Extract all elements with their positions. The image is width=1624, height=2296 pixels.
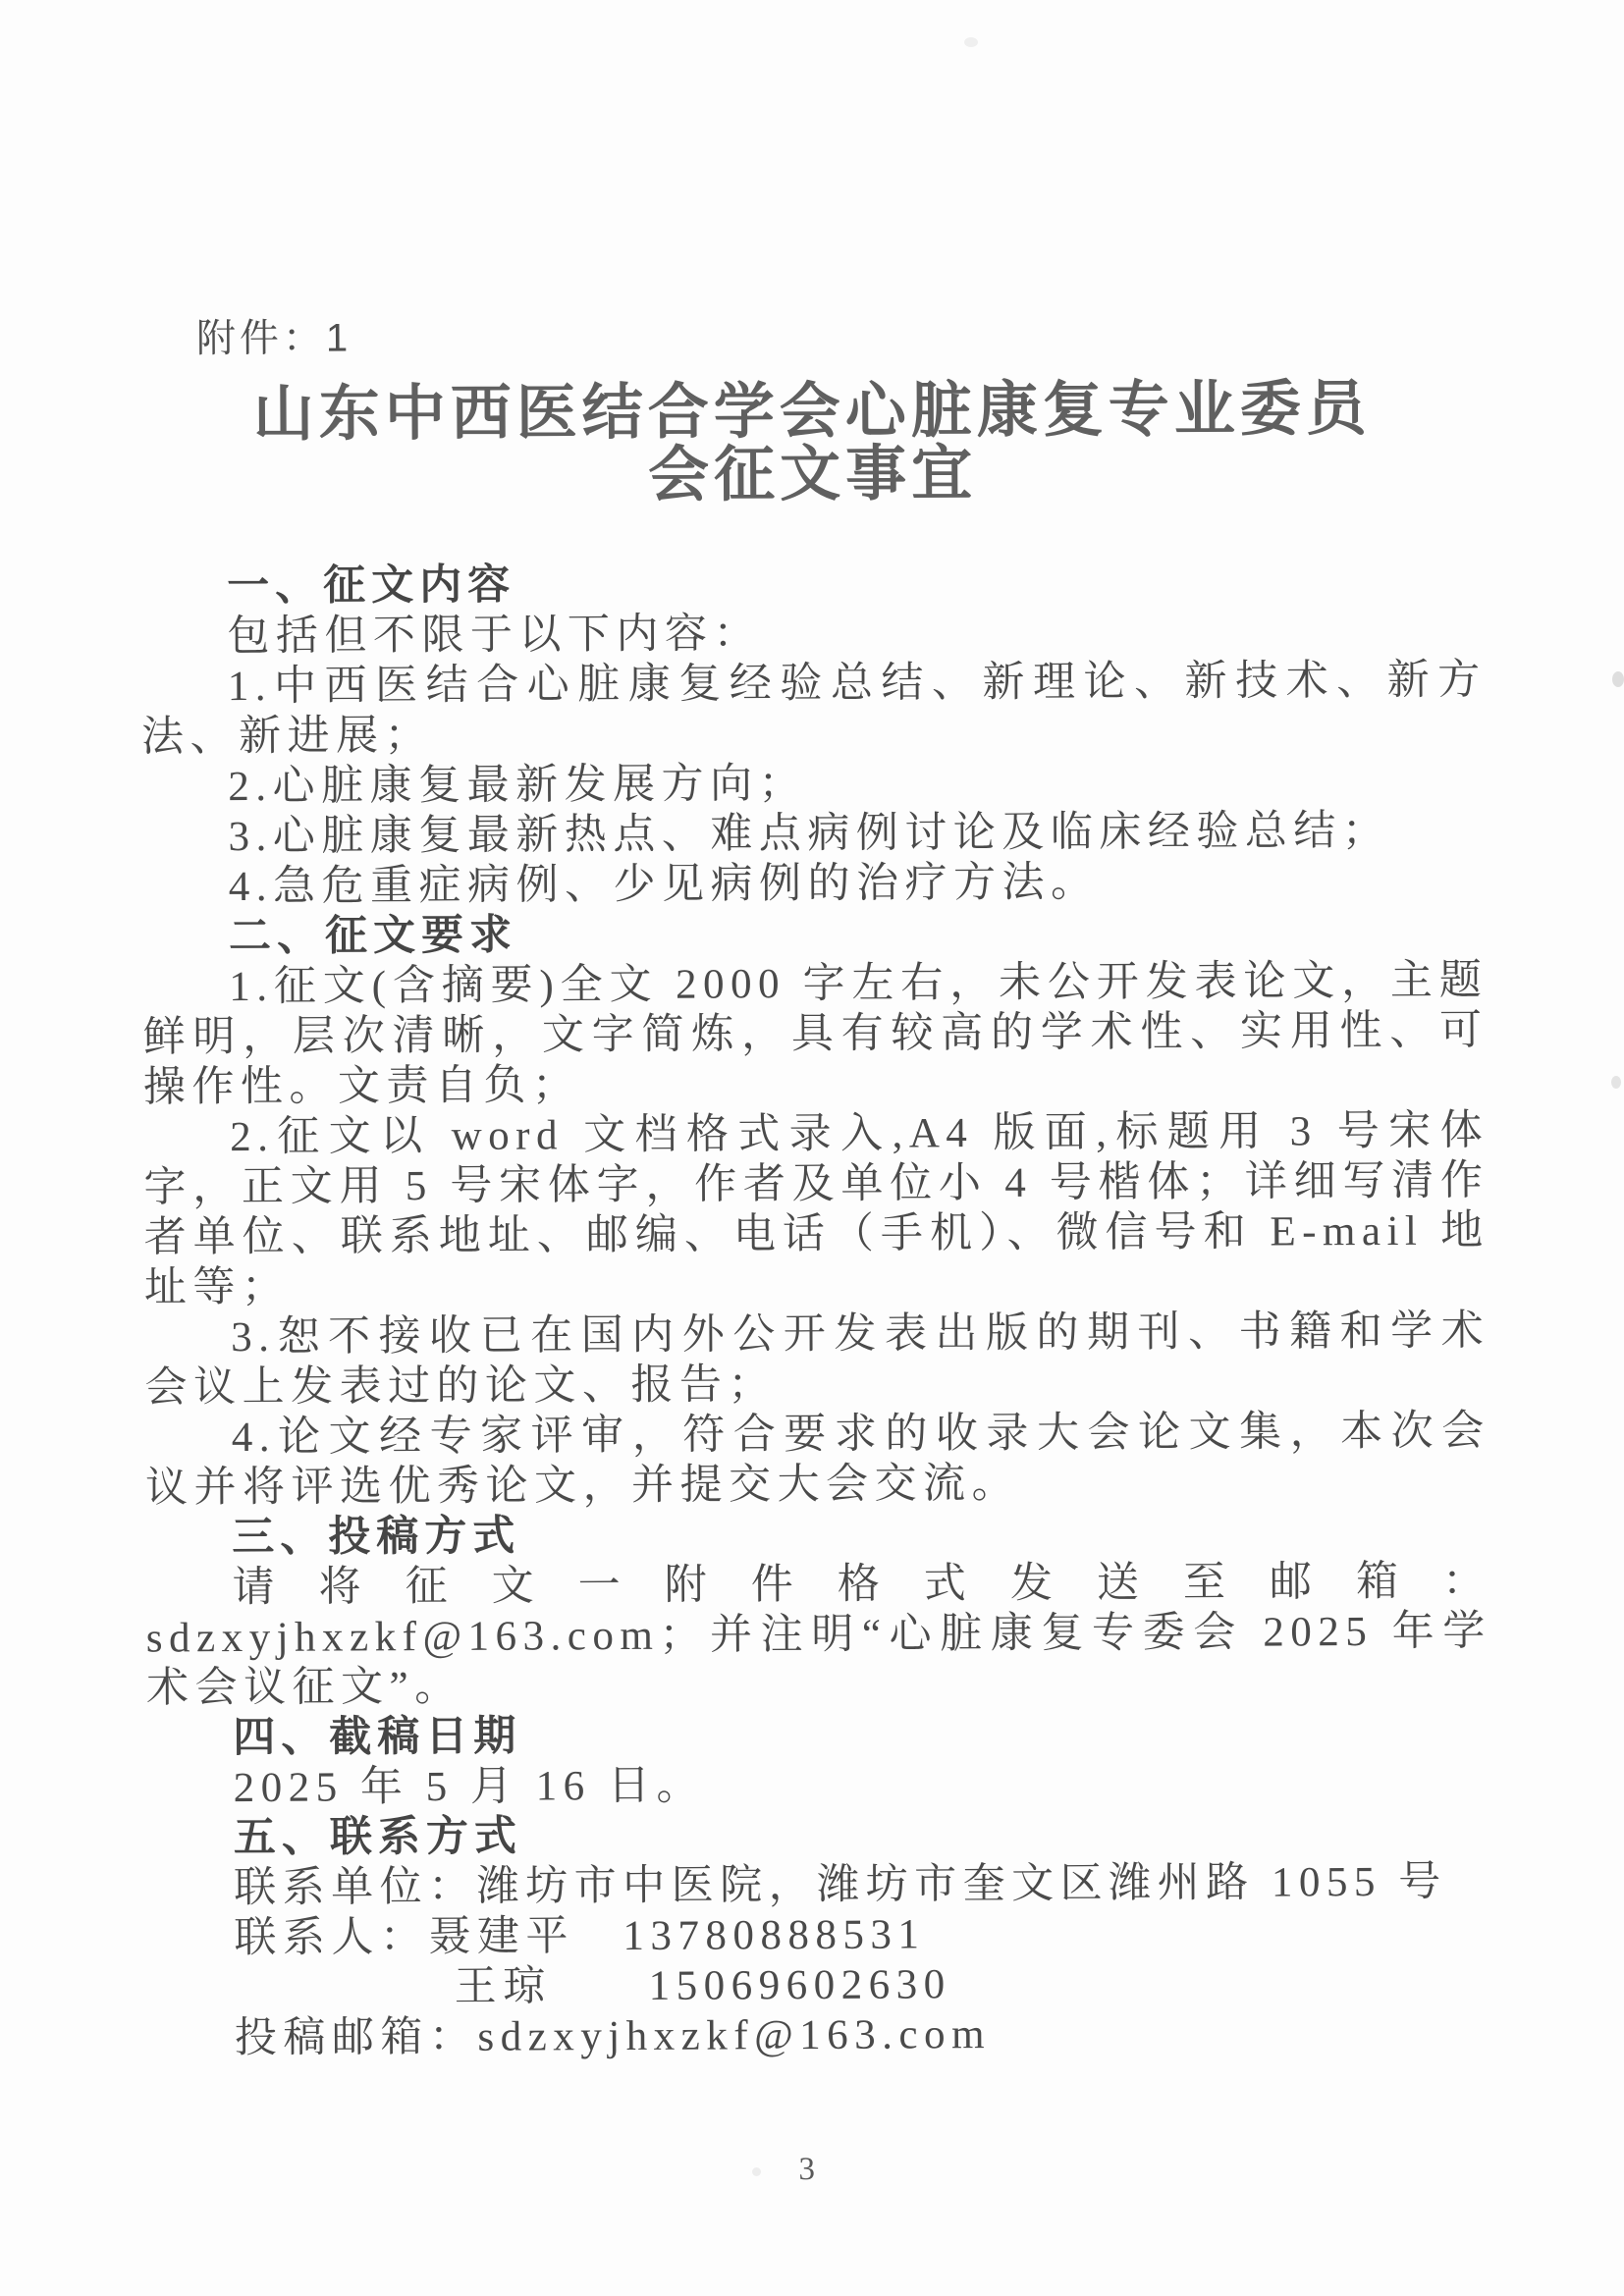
- section-heading-deadline: 四、截稿日期: [146, 1706, 1491, 1763]
- paragraph: 包括但不限于以下内容：: [140, 605, 1486, 662]
- section-heading-submission: 三、投稿方式: [145, 1506, 1490, 1563]
- scan-speck: [1612, 671, 1624, 687]
- scan-speck: [1611, 1076, 1621, 1089]
- section-heading-requirements: 二、征文要求: [142, 905, 1488, 962]
- document-title: 山东中西医结合学会心脏康复专业委员 会征文事宜: [139, 377, 1486, 509]
- contact-person-1: 联系人：聂建平 13780888531: [147, 1906, 1492, 1963]
- contact-organization: 联系单位：潍坊市中医院，潍坊市奎文区潍州路 1055 号: [147, 1856, 1492, 1913]
- document-body: 一、征文内容 包括但不限于以下内容： 1.中西医结合心脏康复经验总结、新理论、新…: [140, 555, 1493, 2063]
- deadline-date: 2025 年 5 月 16 日。: [146, 1756, 1491, 1813]
- scan-content: 附件：1 山东中西医结合学会心脏康复专业委员 会征文事宜 一、征文内容 包括但不…: [0, 0, 1624, 2296]
- title-line-2: 会征文事宜: [139, 440, 1485, 509]
- paragraph: 请将征文一附件格式发送至邮箱：sdzxyjhxzkf@163.com；并注明“心…: [145, 1556, 1491, 1713]
- paragraph: 3.心脏康复最新热点、难点病例讨论及临床经验总结；: [141, 805, 1487, 862]
- section-heading-contact: 五、联系方式: [147, 1806, 1492, 1863]
- paragraph: 1.中西医结合心脏康复经验总结、新理论、新技术、新方法、新进展；: [141, 655, 1488, 762]
- paragraph: 4.急危重症病例、少见病例的治疗方法。: [142, 855, 1488, 912]
- paragraph: 3.恕不接收已在国内外公开发表出版的期刊、书籍和学术会议上发表过的论文、报告；: [144, 1306, 1490, 1413]
- section-heading-content: 一、征文内容: [140, 555, 1486, 612]
- scan-speck: [964, 37, 978, 47]
- paragraph: 1.征文(含摘要)全文 2000 字左右，未公开发表论文，主题鲜明，层次清晰，文…: [142, 955, 1489, 1112]
- contact-person-2: 王琼 15069602630: [455, 1956, 1493, 2012]
- submission-email: 投稿邮箱：sdzxyjhxzkf@163.com: [148, 2006, 1493, 2063]
- paragraph: 4.论文经专家评审，符合要求的收录大会论文集，本次会议并将评选优秀论文，并提交大…: [145, 1406, 1491, 1513]
- paragraph: 2.心脏康复最新发展方向；: [141, 755, 1487, 812]
- attachment-label: 附件：1: [139, 308, 1485, 362]
- scanned-document-page: 附件：1 山东中西医结合学会心脏康复专业委员 会征文事宜 一、征文内容 包括但不…: [0, 0, 1624, 2296]
- page-number: 3: [7, 2148, 1607, 2193]
- title-line-1: 山东中西医结合学会心脏康复专业委员: [139, 377, 1485, 447]
- paragraph: 2.征文以 word 文档格式录入,A4 版面,标题用 3 号宋体字，正文用 5…: [143, 1105, 1489, 1312]
- scan-speck: [752, 2167, 761, 2176]
